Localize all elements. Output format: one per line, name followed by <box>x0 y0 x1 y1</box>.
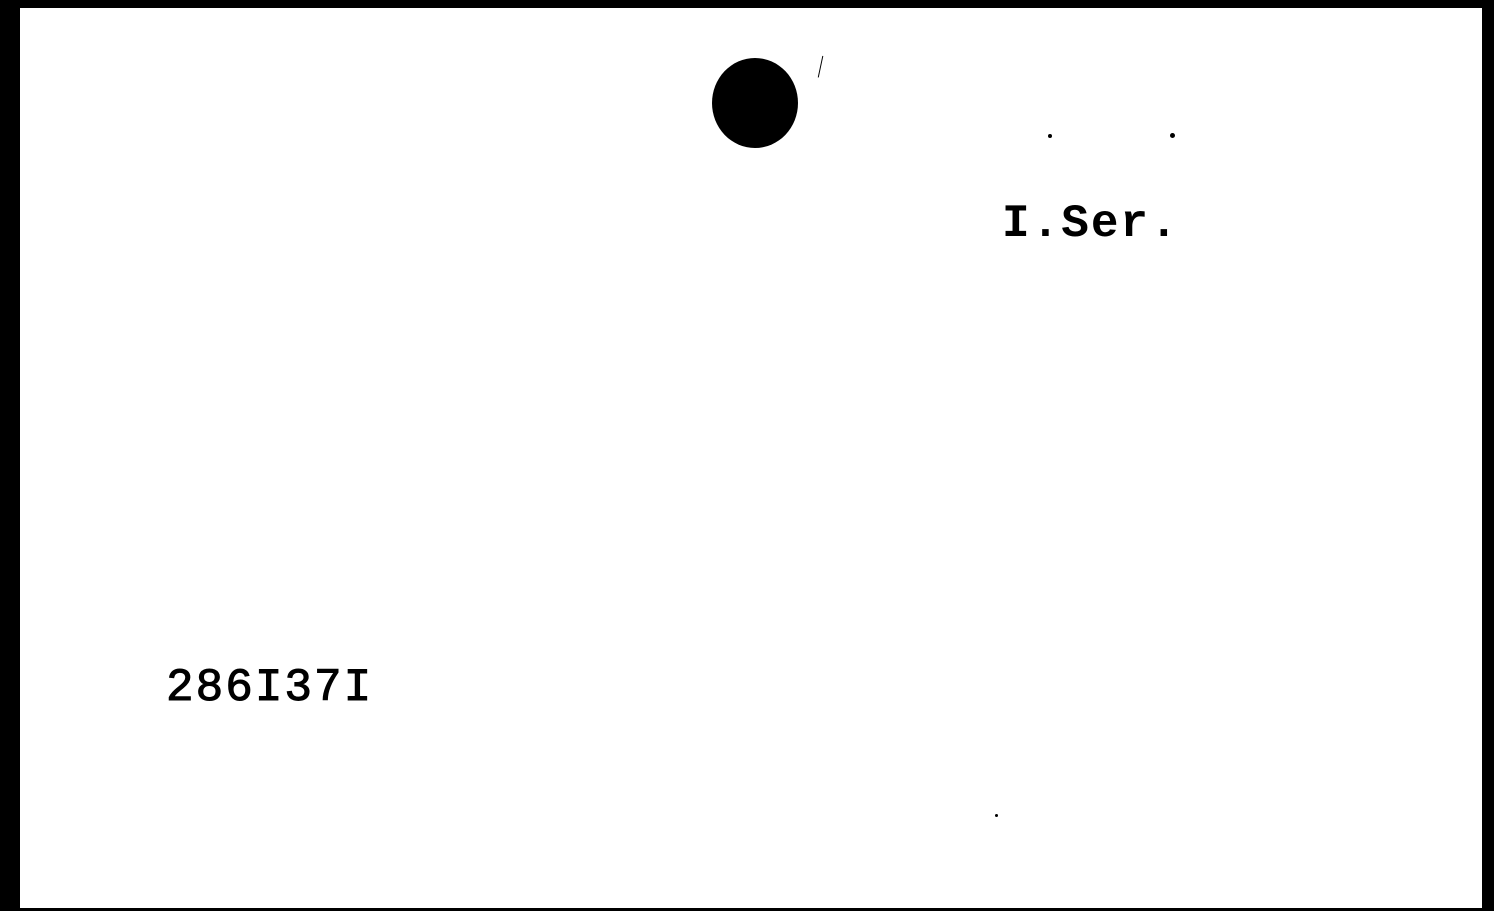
index-card: I.Ser. 286I37I <box>20 8 1482 908</box>
card-number: 286I37I <box>166 662 373 714</box>
pencil-mark <box>818 56 826 78</box>
ink-dot <box>1170 133 1175 138</box>
series-label: I.Ser. <box>1002 198 1180 250</box>
ink-dot <box>1048 134 1052 138</box>
ink-dot <box>995 814 998 817</box>
punch-hole <box>712 58 798 148</box>
